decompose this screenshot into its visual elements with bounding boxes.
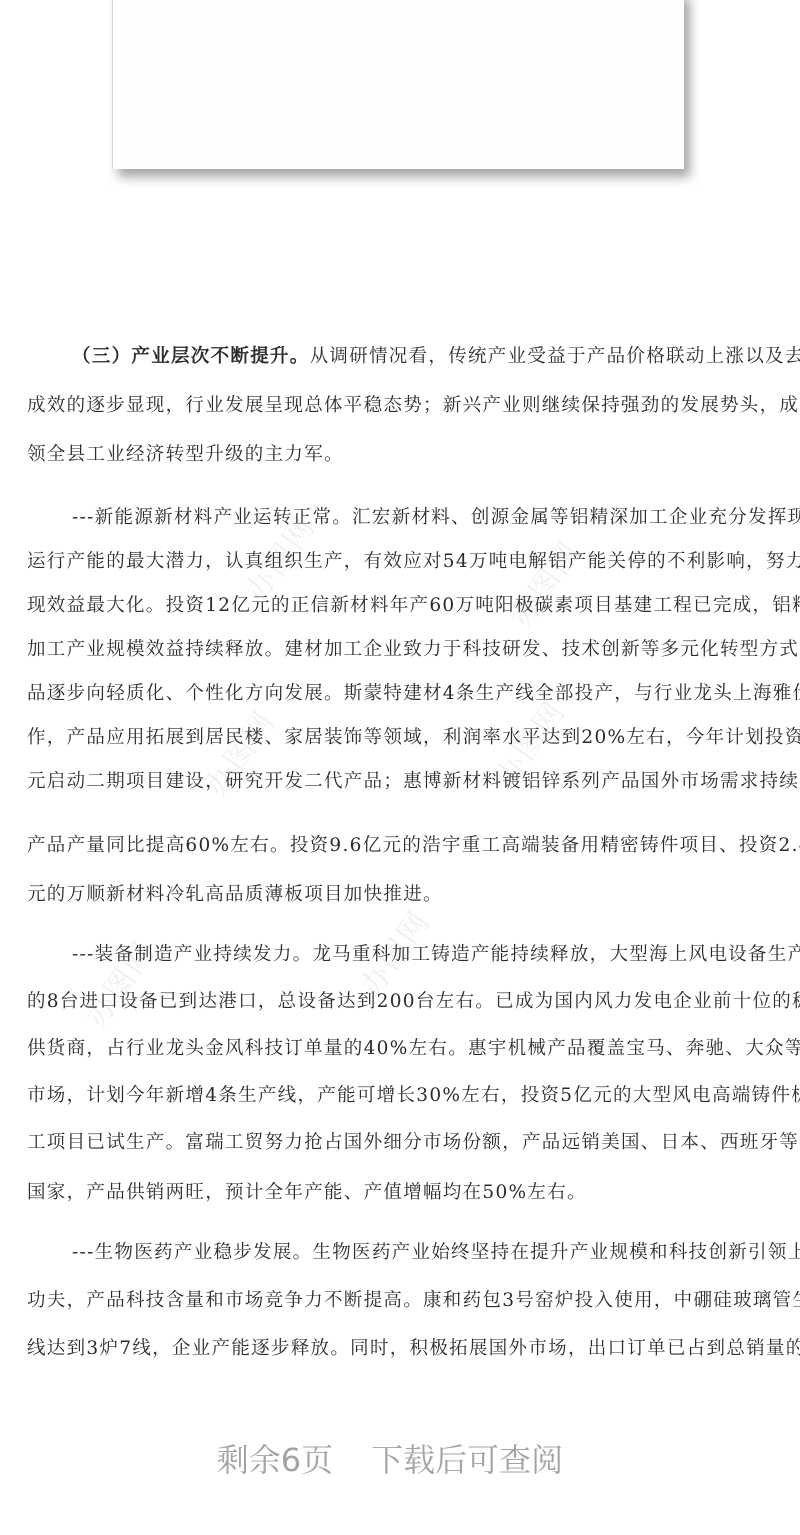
paragraph-line: 线达到3炉7线，企业产能逐步释放。同时，积极拓展国外市场，出口订单已占到总销量的 xyxy=(27,1336,800,1362)
paragraph-line: 领全县工业经济转型升级的主力军。 xyxy=(27,442,344,468)
previous-page-card xyxy=(112,0,684,169)
paragraph-line: 加工产业规模效益持续释放。建材加工企业致力于科技研发、技术创新等多元化转型方式，… xyxy=(27,637,800,663)
paragraph-line: 元启动二期项目建设，研究开发二代产品；惠博新材料镀铝锌系列产品国外市场需求持续提… xyxy=(27,769,800,795)
paragraph-line: 运行产能的最大潜力，认真组织生产，有效应对54万吨电解铝产能关停的不利影响，努力… xyxy=(27,549,800,575)
paragraph-line: ---生物医药产业稳步发展。生物医药产业始终坚持在提升产业规模和科技创新引领上下 xyxy=(72,1240,800,1266)
paragraph-line: 功夫，产品科技含量和市场竞争力不断提高。康和药包3号窑炉投入使用，中硼硅玻璃管生… xyxy=(27,1288,800,1314)
paragraph-line: 产品产量同比提高60%左右。投资9.6亿元的浩宇重工高端装备用精密铸件项目、投资… xyxy=(27,833,800,859)
paragraph-line: ---装备制造产业持续发力。龙马重科加工铸造产能持续释放，大型海上风电设备生产线 xyxy=(72,942,800,968)
paragraph-line: 供货商，占行业龙头金风科技订单量的40%左右。惠宇机械产品覆盖宝马、奔驰、大众等… xyxy=(27,1036,800,1062)
paragraph-line: 作，产品应用拓展到居民楼、家居装饰等领域，利润率水平达到20%左右，今年计划投资… xyxy=(27,725,800,751)
section-heading: （三）产业层次不断提升。 xyxy=(72,346,310,367)
paragraph-line: ---新能源新材料产业运转正常。汇宏新材料、创源金属等铝精深加工企业充分发挥现有 xyxy=(72,505,800,531)
remaining-pages-label: 剩余6页 xyxy=(217,1441,333,1479)
download-prompt-label: 下载后可查阅 xyxy=(371,1441,563,1479)
paragraph-line: 国家，产品供销两旺，预计全年产能、产值增幅均在50%左右。 xyxy=(27,1180,587,1206)
paragraph-line: 工项目已试生产。富瑞工贸努力抢占国外细分市场份额，产品远销美国、日本、西班牙等多… xyxy=(27,1130,800,1156)
paragraph-line: （三）产业层次不断提升。从调研情况看，传统产业受益于产品价格联动上涨以及去产能 xyxy=(72,344,800,370)
paragraph-line: 市场，计划今年新增4条生产线，产能可增长30%左右，投资5亿元的大型风电高端铸件… xyxy=(27,1083,800,1109)
paragraph-line: 现效益最大化。投资12亿元的正信新材料年产60万吨阳极碳素项目基建工程已完成，铝… xyxy=(27,593,800,619)
paragraph-line: 元的万顺新材料冷轧高品质薄板项目加快推进。 xyxy=(27,882,443,908)
paragraph-line: 品逐步向轻质化、个性化方向发展。斯蒙特建材4条生产线全部投产，与行业龙头上海雅仕… xyxy=(27,681,800,707)
paragraph-line: 成效的逐步显现，行业发展呈现总体平稳态势；新兴产业则继续保持强劲的发展势头，成为… xyxy=(27,393,800,419)
line-text: 从调研情况看，传统产业受益于产品价格联动上涨以及去产能 xyxy=(310,346,800,367)
remaining-pages-notice[interactable]: 剩余6页下载后可查阅 xyxy=(0,1435,780,1481)
paragraph-line: 的8台进口设备已到达港口，总设备达到200台左右。已成为国内风力发电企业前十位的… xyxy=(27,989,800,1015)
